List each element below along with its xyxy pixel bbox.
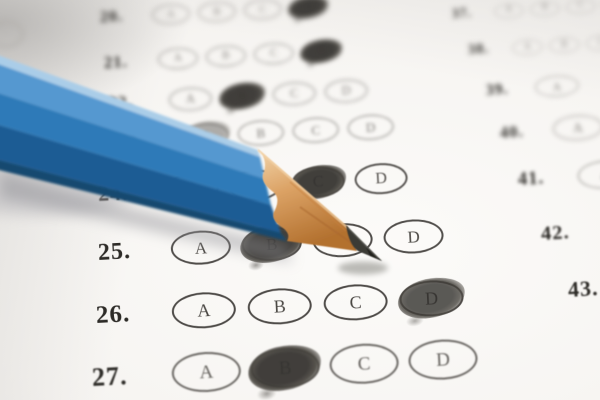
answer-sheet-photo: 20. A B C D 21. A B C D 22. A B C D 23. … [0, 0, 600, 400]
pencil-tip [346, 225, 382, 261]
blue-pencil [0, 0, 600, 400]
